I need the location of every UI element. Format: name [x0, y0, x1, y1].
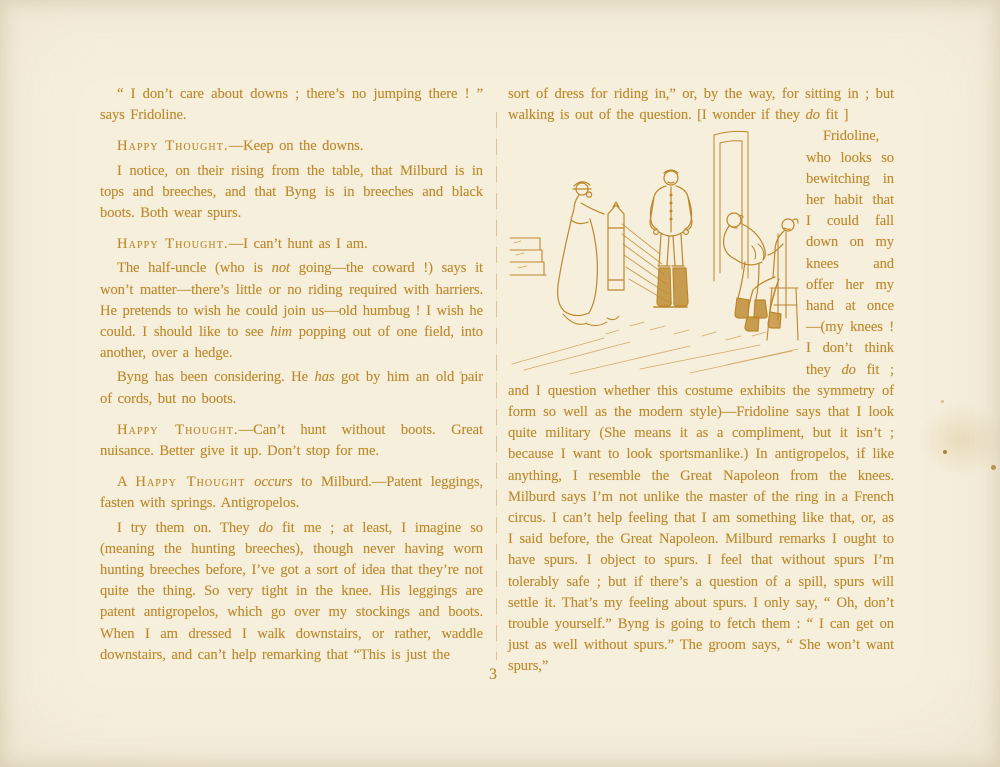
happy-thought-paragraph: Happy Thought.—Can’t hunt without boots.…: [100, 420, 483, 462]
page-number: 3: [458, 666, 528, 684]
column-divider-line: [496, 112, 497, 660]
left-column: “ I don’t care about downs ; there’s no …: [100, 84, 483, 666]
text-segment: Happy Thought: [135, 474, 245, 490]
text-segment: I try them on. They: [117, 520, 259, 536]
text-segment: “ I don’t care about downs ; there’s no …: [100, 86, 483, 123]
text-segment: not: [272, 260, 290, 276]
paper-stain: [898, 388, 1000, 492]
paper-speck: [941, 400, 944, 403]
paragraph: sort of dress for riding in,” or, by the…: [508, 84, 894, 126]
happy-thought-paragraph: Happy Thought.—Keep on the downs.: [100, 136, 483, 157]
text-segment: do: [841, 362, 855, 378]
text-segment: do: [259, 520, 273, 536]
illustration: [508, 128, 800, 378]
text-segment: Byng has been considering. He: [117, 369, 315, 385]
text-segment: Happy Thought.: [117, 236, 229, 252]
text-segment: A: [117, 474, 135, 490]
happy-thought-paragraph: A Happy Thought occurs to Milburd.—Paten…: [100, 472, 483, 514]
paragraph: The half-uncle (who is not going—the cow…: [100, 258, 483, 364]
text-segment: occurs: [254, 474, 292, 490]
text-segment: him: [270, 324, 292, 340]
right-column-intro: sort of dress for riding in,” or, by the…: [508, 84, 894, 126]
paragraph: I notice, on their rising from the table…: [100, 161, 483, 225]
paragraph: “ I don’t care about downs ; there’s no …: [100, 84, 483, 126]
paper-speck: [943, 450, 947, 454]
happy-thought-paragraph: Happy Thought.—I can’t hunt as I am.: [100, 234, 483, 255]
text-segment: [245, 474, 254, 490]
text-segment: —I can’t hunt as I am.: [229, 236, 368, 252]
text-segment: fit ]: [820, 107, 849, 123]
text-segment: fit me ; at least, I imagine so (meaning…: [100, 520, 483, 663]
text-segment: has: [315, 369, 335, 385]
text-segment: The half-uncle (who is: [117, 260, 272, 276]
book-page: “ I don’t care about downs ; there’s no …: [0, 0, 1000, 767]
riding-party-sketch-illustration: [508, 128, 800, 378]
paragraph: Byng has been considering. He has got by…: [100, 367, 483, 409]
text-segment: Fridoline, who looks so bewitching in he…: [806, 128, 894, 377]
text-segment: do: [806, 107, 820, 123]
text-segment: fit ; and I question whether this costum…: [508, 362, 894, 675]
text-segment: I notice, on their rising from the table…: [100, 163, 483, 221]
text-segment: Happy Thought.: [117, 422, 239, 438]
text-segment: —Keep on the downs.: [229, 138, 364, 154]
text-segment: Happy Thought.: [117, 138, 229, 154]
paragraph: I try them on. They do fit me ; at least…: [100, 518, 483, 666]
paper-speck: [991, 465, 996, 470]
right-column: sort of dress for riding in,” or, by the…: [508, 84, 894, 678]
